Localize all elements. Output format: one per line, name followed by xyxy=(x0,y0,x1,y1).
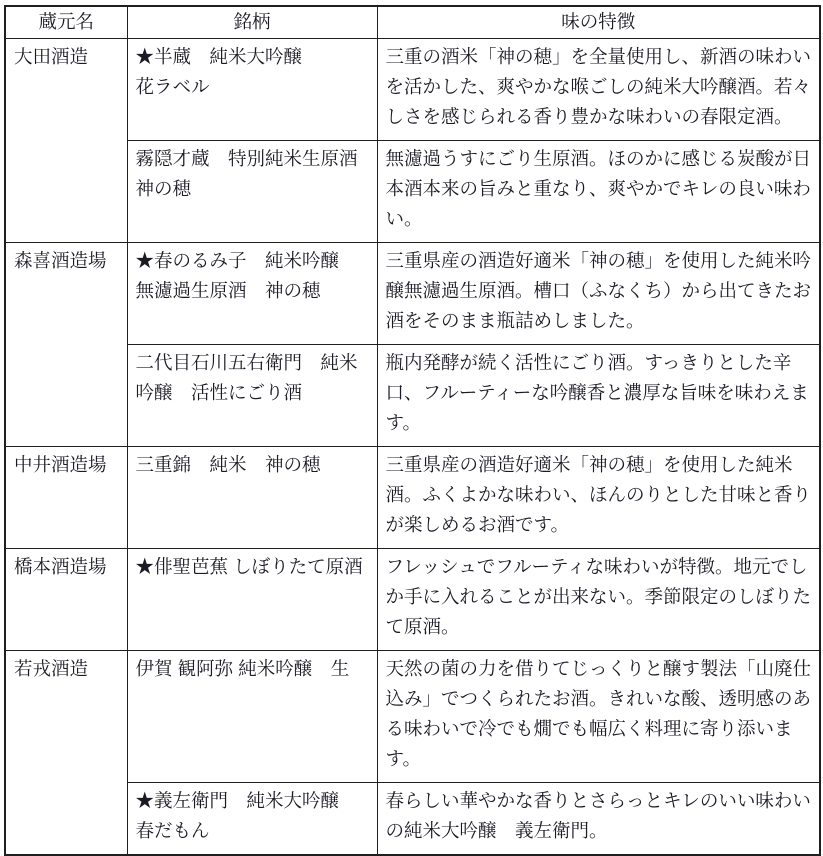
sake-brand-table: 蔵元名 銘柄 味の特徴 大田酒造★半蔵 純米大吟醸 花ラベル三重の酒米「神の穂」… xyxy=(4,5,821,856)
brand-cell: 伊賀 観阿弥 純米吟醸 生 xyxy=(127,650,377,782)
table-row: 中井酒造場三重錦 純米 神の穂三重県産の酒造好適米「神の穂」を使用した純米酒。ふ… xyxy=(5,446,820,548)
brand-cell: ★半蔵 純米大吟醸 花ラベル xyxy=(127,38,377,140)
taste-cell: 瓶内発酵が続く活性にごり酒。すっきりとした辛口、フルーティーな吟醸香と濃厚な旨味… xyxy=(377,344,820,446)
brand-cell: ★義左衛門 純米大吟醸 春だもん xyxy=(127,782,377,855)
taste-cell: フレッシュでフルーティな味わいが特徴。地元でしか手に入れることが出来ない。季節限… xyxy=(377,548,820,650)
table-row: 二代目石川五右衛門 純米 吟醸 活性にごり酒瓶内発酵が続く活性にごり酒。すっきり… xyxy=(5,344,820,446)
header-row: 蔵元名 銘柄 味の特徴 xyxy=(5,6,820,38)
taste-cell: 三重の酒米「神の穂」を全量使用し、新酒の味わいを活かした、爽やかな喉ごしの純米大… xyxy=(377,38,820,140)
taste-cell: 春らしい華やかな香りとさらっとキレのいい味わいの純米大吟醸 義左衛門。 xyxy=(377,782,820,855)
brewery-cell: 森喜酒造場 xyxy=(5,242,127,446)
brand-cell: 霧隠才蔵 特別純米生原酒 神の穂 xyxy=(127,140,377,242)
taste-cell: 三重県産の酒造好適米「神の穂」を使用した純米酒。ふくよかな味わい、ほんのりとした… xyxy=(377,446,820,548)
brewery-cell: 大田酒造 xyxy=(5,38,127,242)
table-row: 森喜酒造場★春のるみ子 純米吟醸 無濾過生原酒 神の穂三重県産の酒造好適米「神の… xyxy=(5,242,820,344)
taste-cell: 無濾過うすにごり生原酒。ほのかに感じる炭酸が日本酒本来の旨みと重なり、爽やかでキ… xyxy=(377,140,820,242)
table-row: ★義左衛門 純米大吟醸 春だもん春らしい華やかな香りとさらっとキレのいい味わいの… xyxy=(5,782,820,855)
col-header-brand: 銘柄 xyxy=(127,6,377,38)
brewery-cell: 中井酒造場 xyxy=(5,446,127,548)
table-row: 大田酒造★半蔵 純米大吟醸 花ラベル三重の酒米「神の穂」を全量使用し、新酒の味わ… xyxy=(5,38,820,140)
table-row: 橋本酒造場★俳聖芭蕉 しぼりたて原酒フレッシュでフルーティな味わいが特徴。地元で… xyxy=(5,548,820,650)
table-row: 若戎酒造伊賀 観阿弥 純米吟醸 生天然の菌の力を借りてじっくりと醸す製法「山廃仕… xyxy=(5,650,820,782)
col-header-brewery: 蔵元名 xyxy=(5,6,127,38)
col-header-taste: 味の特徴 xyxy=(377,6,820,38)
taste-cell: 天然の菌の力を借りてじっくりと醸す製法「山廃仕込み」でつくられたお酒。きれいな酸… xyxy=(377,650,820,782)
brand-cell: 三重錦 純米 神の穂 xyxy=(127,446,377,548)
brand-cell: ★俳聖芭蕉 しぼりたて原酒 xyxy=(127,548,377,650)
brewery-cell: 橋本酒造場 xyxy=(5,548,127,650)
brewery-cell: 若戎酒造 xyxy=(5,650,127,855)
brand-cell: ★春のるみ子 純米吟醸 無濾過生原酒 神の穂 xyxy=(127,242,377,344)
taste-cell: 三重県産の酒造好適米「神の穂」を使用した純米吟醸無濾過生原酒。槽口（ふなくち）か… xyxy=(377,242,820,344)
table-row: 霧隠才蔵 特別純米生原酒 神の穂無濾過うすにごり生原酒。ほのかに感じる炭酸が日本… xyxy=(5,140,820,242)
brand-cell: 二代目石川五右衛門 純米 吟醸 活性にごり酒 xyxy=(127,344,377,446)
